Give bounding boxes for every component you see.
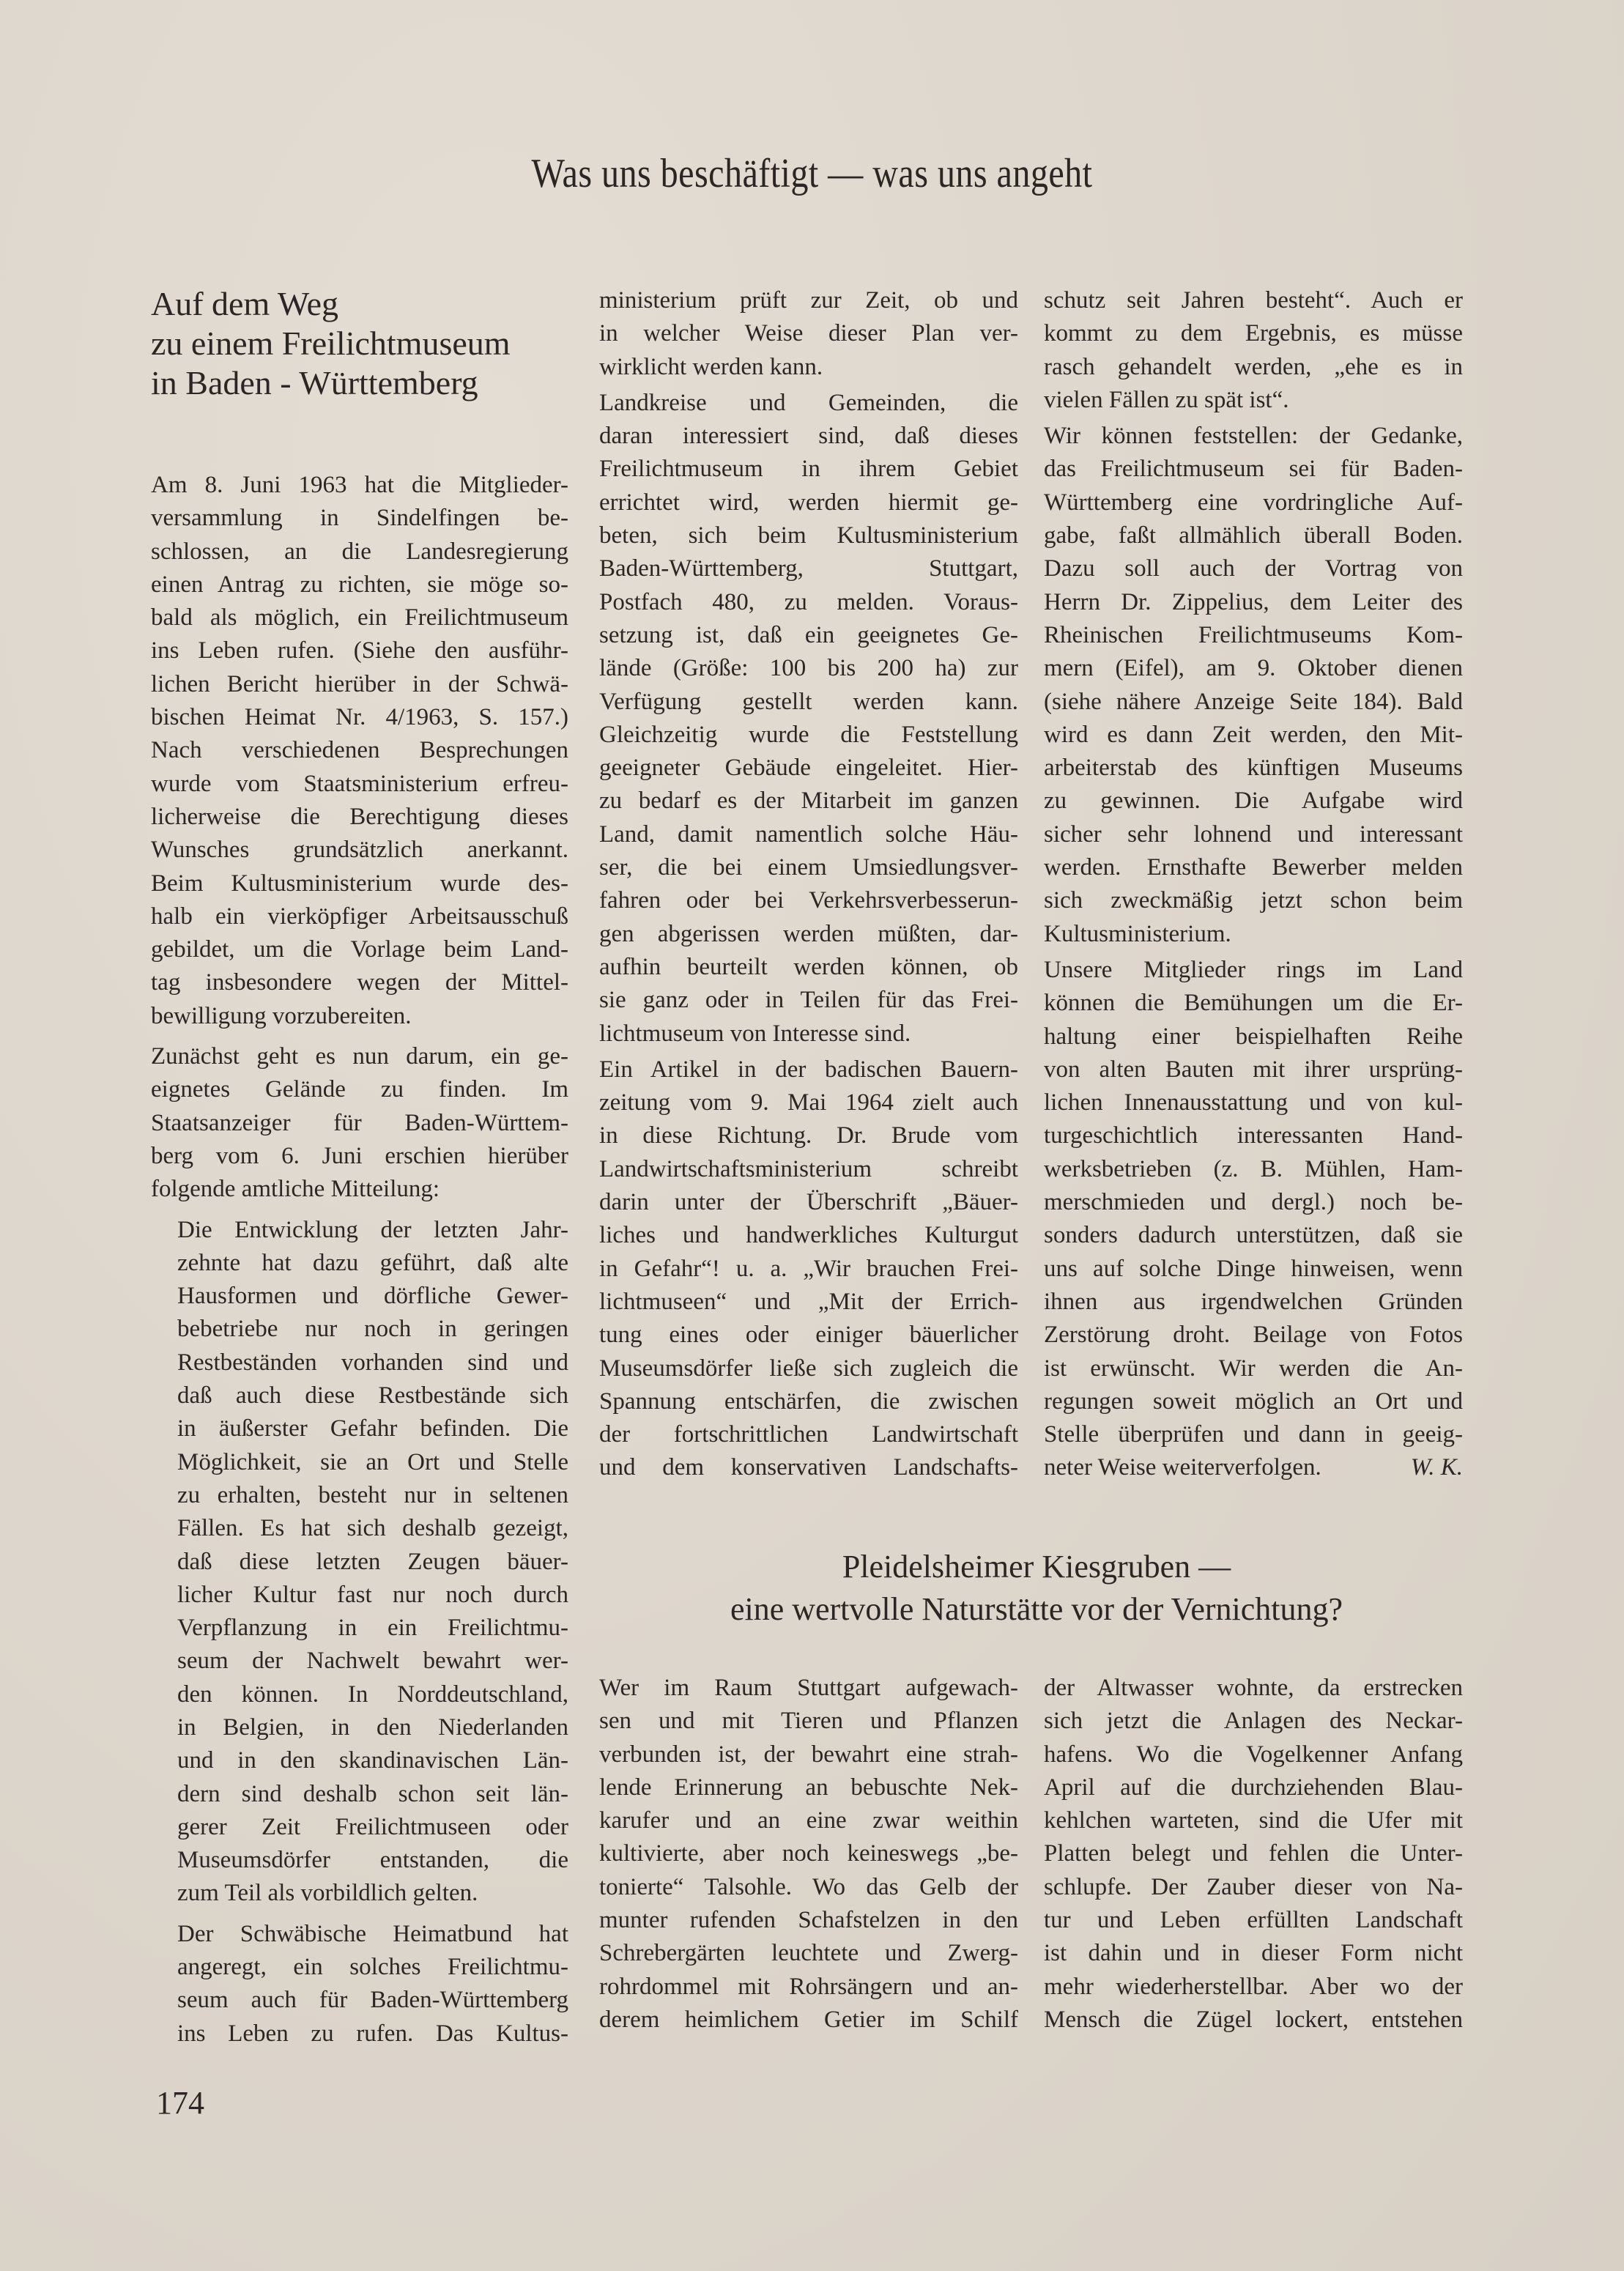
text-line: uns auf solche Dinge hinweisen, wenn [1044,1253,1463,1286]
text-line: ihnen aus irgendwelchen Gründen [1044,1286,1463,1319]
text-line: Staatsanzeiger für Baden-Württem- [151,1107,568,1140]
text-line: von alten Bauten mit ihrer ursprüng- [1044,1053,1463,1086]
text-line: ist erwünscht. Wir werden die An- [1044,1352,1463,1385]
text-line: lichtmuseum von Interesse sind. [599,1018,1018,1051]
text-line: seum auch für Baden-Württemberg [151,1984,568,2017]
text-line: Zunächst geht es nun darum, ein ge- [151,1040,568,1073]
text-line: tag insbesondere wegen der Mittel- [151,966,568,999]
text-line: ist dahin und in dieser Form nicht [1044,1937,1463,1970]
text-line: dern sind deshalb schon seit län- [151,1778,568,1811]
text-line: lichen Innenausstattung und von kul- [1044,1086,1463,1119]
text-line: rasch gehandelt werden, „ehe es in [1044,351,1463,384]
text-line: Wer im Raum Stuttgart aufgewach- [599,1672,1018,1705]
paragraph: Landkreise und Gemeinden, diedaran inter… [599,387,1018,719]
text-line: und in den skandinavischen Län- [151,1744,568,1777]
text-line: Landkreise und Gemeinden, die [599,387,1018,420]
text-line: sen und mit Tieren und Pflanzen [599,1705,1018,1738]
text-line: darin unter der Überschrift „Bäuer- [599,1186,1018,1219]
text-line: berg vom 6. Juni erschien hierüber [151,1140,568,1173]
text-line: wird es dann Zeit werden, den Mit- [1044,719,1463,752]
text-line: regungen soweit möglich an Ort und [1044,1385,1463,1418]
text-line: Museumsdörfer ließe sich zugleich die [599,1352,1018,1385]
quoted-notice-2: Der Schwäbische Heimatbund hatangeregt, … [151,1918,568,2050]
text-line: tonierte“ Talsohle. Wo das Gelb der [599,1871,1018,1904]
text-line: verbunden ist, der bewahrt eine strah- [599,1738,1018,1771]
text-line: zeitung vom 9. Mai 1964 zielt auch [599,1086,1018,1119]
text-line: Schrebergärten leuchtete und Zwerg- [599,1937,1018,1970]
text-line: turgeschichtlich interessanten Hand- [1044,1119,1463,1152]
text-line: daß diese letzten Zeugen bäuer- [151,1546,568,1579]
text-line: in Gefahr“! u. a. „Wir brauchen Frei- [599,1253,1018,1286]
text-line: wurde vom Staatsministerium erfreu- [151,768,568,801]
text-line: den können. In Norddeutschland, [151,1678,568,1711]
text-line: haltung einer beispielhaften Reihe [1044,1020,1463,1053]
text-line: setzung ist, daß ein geeignetes Ge- [599,619,1018,652]
text-line: sonders dadurch unterstützen, daß sie [1044,1219,1463,1252]
text-line: beten, sich beim Kultusministerium [599,519,1018,552]
text-line: zu gewinnen. Die Aufgabe wird [1044,785,1463,818]
text-line: zu erhalten, besteht nur in seltenen [151,1479,568,1512]
text-line: werksbetrieben (z. B. Mühlen, Ham- [1044,1153,1463,1186]
text-line: lände (Größe: 100 bis 200 ha) zur [599,652,1018,685]
text-line: gebildet, um die Vorlage beim Land- [151,933,568,966]
text-line: daran interessiert sind, daß dieses [599,420,1018,453]
text-line: in Belgien, in den Niederlanden [151,1711,568,1744]
text-line: werden. Ernsthafte Bewerber melden [1044,851,1463,884]
paragraph: Wir können feststellen: der Gedanke,das … [1044,420,1463,951]
text-line: Museumsdörfer entstanden, die [151,1844,568,1877]
paragraph: Zunächst geht es nun darum, ein ge-eigne… [151,1040,568,1206]
text-line: Baden-Württemberg, Stuttgart, [599,552,1018,585]
text-line: Unsere Mitglieder rings im Land [1044,954,1463,987]
text-line: angeregt, ein solches Freilichtmu- [151,1951,568,1984]
text-line: Möglichkeit, sie an Ort und Stelle [151,1446,568,1479]
article2-column-1: Wer im Raum Stuttgart aufgewach-sen und … [599,1672,1018,2037]
text-line: Dazu soll auch der Vortrag von [1044,552,1463,585]
article2-title-line: eine wertvolle Naturstätte vor der Verni… [601,1588,1472,1631]
article1-column-3: schutz seit Jahren besteht“. Auch erkomm… [1044,284,1463,1485]
text-line: lichen Bericht hierüber in der Schwä- [151,668,568,701]
text-line: Ein Artikel in der badischen Bauern- [599,1053,1018,1086]
text-line: bald als möglich, ein Freilichtmuseum [151,601,568,634]
text-line: schlupfe. Der Zauber dieser von Na- [1044,1871,1463,1904]
text-line: Wunsches grundsätzlich anerkannt. [151,834,568,867]
text-line: daß auch diese Restbestände sich [151,1379,568,1412]
text-line: wirklicht werden kann. [599,351,1018,384]
paragraph: Unsere Mitglieder rings im Landkönnen di… [1044,954,1463,1451]
text-line: der Altwasser wohnte, da erstrecken [1044,1672,1463,1705]
text-line: sicher sehr lohnend und interessant [1044,818,1463,851]
text-line: und dem konservativen Landschafts- [599,1451,1018,1484]
text-line: das Freilichtmuseum sei für Baden- [1044,453,1463,486]
paragraph: der Altwasser wohnte, da erstreckensich … [1044,1672,1463,2037]
text-line: Mensch die Zügel lockert, entstehen [1044,2004,1463,2037]
page-header: Was uns beschäftigt — was uns angeht [114,150,1510,197]
page-number: 174 [156,2084,204,2122]
quoted-notice: Die Entwicklung der letzten Jahr-zehnte … [151,1214,568,1911]
text-line: einen Antrag zu richten, sie möge so- [151,568,568,601]
text-line: geeigneter Gebäude eingeleitet. Hier- [599,752,1018,785]
article1-title: Auf dem Weg zu einem Freilichtmuseum in … [151,284,605,403]
paragraph: Am 8. Juni 1963 hat die Mitglieder-versa… [151,469,568,1033]
text-line: licher Kultur fast nur noch durch [151,1579,568,1612]
text-line: Fällen. Es hat sich deshalb gezeigt, [151,1512,568,1545]
article1-title-line: zu einem Freilichtmuseum [151,324,605,363]
text-line: ministerium prüft zur Zeit, ob und [599,284,1018,317]
text-line: mern (Eifel), am 9. Oktober dienen [1044,652,1463,685]
text-line: der fortschrittlichen Landwirtschaft [599,1418,1018,1451]
text-line: Verpflanzung in ein Freilichtmu- [151,1612,568,1645]
text-line: gen abgerissen werden müßten, dar- [599,918,1018,951]
paragraph: schutz seit Jahren besteht“. Auch erkomm… [1044,284,1463,417]
text-line: Der Schwäbische Heimatbund hat [151,1918,568,1951]
text-line: Stelle überprüfen und dann in geeig- [1044,1418,1463,1451]
text-line: sich jetzt die Anlagen des Neckar- [1044,1705,1463,1738]
text-line: Nach verschiedenen Besprechungen [151,734,568,767]
text-line: derem heimlichem Getier im Schilf [599,2004,1018,2037]
text-line: in welcher Weise dieser Plan ver- [599,317,1018,350]
text-line: Spannung entschärfen, die zwischen [599,1385,1018,1418]
text-line: versammlung in Sindelfingen be- [151,502,568,535]
article2-column-2: der Altwasser wohnte, da erstreckensich … [1044,1672,1463,2037]
text-line: folgende amtliche Mitteilung: [151,1173,568,1206]
text-line: zu bedarf es der Mitarbeit im ganzen [599,785,1018,818]
text-line: sich zweckmäßig jetzt schon beim [1044,884,1463,917]
text-line: kehlchen warteten, sind die Ufer mit [1044,1804,1463,1837]
text-line: Wir können feststellen: der Gedanke, [1044,420,1463,453]
text-line: tung eines oder einiger bäuerlicher [599,1319,1018,1352]
text-line: ins Leben zu rufen. Das Kultus- [151,2018,568,2050]
text-line: mehr wiederherstellbar. Aber wo der [1044,1971,1463,2004]
text-line: Rheinischen Freilichtmuseums Kom- [1044,619,1463,652]
article1-title-line: in Baden - Württemberg [151,363,605,403]
text-line: vielen Fällen zu spät ist“. [1044,384,1463,417]
paragraph: Wer im Raum Stuttgart aufgewach-sen und … [599,1672,1018,2037]
article1-column-1: Am 8. Juni 1963 hat die Mitglieder-versa… [151,469,568,2050]
text-line: gabe, faßt allmählich überall Boden. [1044,519,1463,552]
text-line: lende Erinnerung an bebuschte Nek- [599,1771,1018,1804]
text-line: zum Teil als vorbildlich gelten. [151,1877,568,1910]
text-line: Freilichtmuseum in ihrem Gebiet [599,453,1018,486]
text-line: Beim Kultusministerium wurde des- [151,867,568,900]
text-line: Zerstörung droht. Beilage von Fotos [1044,1319,1463,1352]
text-line: Am 8. Juni 1963 hat die Mitglieder- [151,469,568,502]
text-line: bebetriebe nur noch in geringen [151,1313,568,1346]
text-line: merschmieden und dergl.) noch be- [1044,1186,1463,1219]
text-line: eignetes Gelände zu finden. Im [151,1073,568,1106]
text-line: Württemberg eine vordringliche Auf- [1044,486,1463,519]
text-line: (siehe nähere Anzeige Seite 184). Bald [1044,686,1463,719]
text-line: können die Bemühungen um die Er- [1044,987,1463,1020]
article1-title-line: Auf dem Weg [151,284,605,324]
paragraph: Gleichzeitig wurde die Feststellunggeeig… [599,719,1018,1051]
closing-line: neter Weise weiterverfolgen. [1044,1451,1321,1484]
text-line: arbeiterstab des künftigen Museums [1044,752,1463,785]
text-line: halb ein vierköpfiger Arbeitsausschuß [151,900,568,933]
paragraph: ministerium prüft zur Zeit, ob undin wel… [599,284,1018,384]
text-line: in diese Richtung. Dr. Brude vom [599,1119,1018,1152]
article2-title: Pleidelsheimer Kiesgruben — eine wertvol… [601,1546,1472,1631]
text-line: bischen Heimat Nr. 4/1963, S. 157.) [151,701,568,734]
text-line: tur und Leben erfüllten Landschaft [1044,1904,1463,1937]
text-line: ser, die bei einem Umsiedlungsver- [599,851,1018,884]
text-line: munter rufenden Schafstelzen in den [599,1904,1018,1937]
paragraph: Ein Artikel in der badischen Bauern-zeit… [599,1053,1018,1485]
text-line: kommt zu dem Ergebnis, es müsse [1044,317,1463,350]
text-line: ins Leben rufen. (Siehe den ausführ- [151,634,568,667]
article1-column-2: ministerium prüft zur Zeit, ob undin wel… [599,284,1018,1485]
text-line: April auf die durchziehenden Blau- [1044,1771,1463,1804]
text-line: errichtet wird, werden hiermit ge- [599,486,1018,519]
text-line: aufhin beurteilt werden können, ob [599,951,1018,984]
text-line: gerer Zeit Freilichtmuseen oder [151,1811,568,1844]
text-line: Restbeständen vorhanden sind und [151,1346,568,1379]
text-line: hafens. Wo die Vogelkenner Anfang [1044,1738,1463,1771]
text-line: fahren oder bei Verkehrsverbesserun- [599,884,1018,917]
text-line: Postfach 480, zu melden. Voraus- [599,586,1018,619]
text-line: Verfügung gestellt werden kann. [599,686,1018,719]
author-signature: W. K. [1411,1451,1463,1484]
text-line: Herrn Dr. Zippelius, dem Leiter des [1044,586,1463,619]
text-line: liches und handwerkliches Kulturgut [599,1219,1018,1252]
text-line: Die Entwicklung der letzten Jahr- [151,1214,568,1247]
text-line: seum der Nachwelt bewahrt wer- [151,1645,568,1678]
text-line: Gleichzeitig wurde die Feststellung [599,719,1018,752]
text-line: zehnte hat dazu geführt, daß alte [151,1247,568,1280]
text-line: kultivierte, aber noch keineswegs „be- [599,1837,1018,1870]
text-line: schutz seit Jahren besteht“. Auch er [1044,284,1463,317]
text-line: Land, damit namentlich solche Häu- [599,818,1018,851]
article2-title-line: Pleidelsheimer Kiesgruben — [601,1546,1472,1588]
text-line: rohrdommel mit Rohrsängern und an- [599,1971,1018,2004]
text-line: licherweise die Berechtigung dieses [151,801,568,834]
text-line: Kultusministerium. [1044,918,1463,951]
text-line: Landwirtschaftsministerium schreibt [599,1153,1018,1186]
text-line: schlossen, an die Landesregierung [151,536,568,568]
text-line: bewilligung vorzubereiten. [151,1000,568,1033]
text-line: sie ganz oder in Teilen für das Frei- [599,984,1018,1017]
text-line: Platten belegt und fehlen die Unter- [1044,1837,1463,1870]
text-line: karufer und an eine zwar weithin [599,1804,1018,1837]
text-line: lichtmuseen“ und „Mit der Errich- [599,1286,1018,1319]
text-line: in äußerster Gefahr befinden. Die [151,1412,568,1445]
text-line: Hausformen und dörfliche Gewer- [151,1280,568,1313]
